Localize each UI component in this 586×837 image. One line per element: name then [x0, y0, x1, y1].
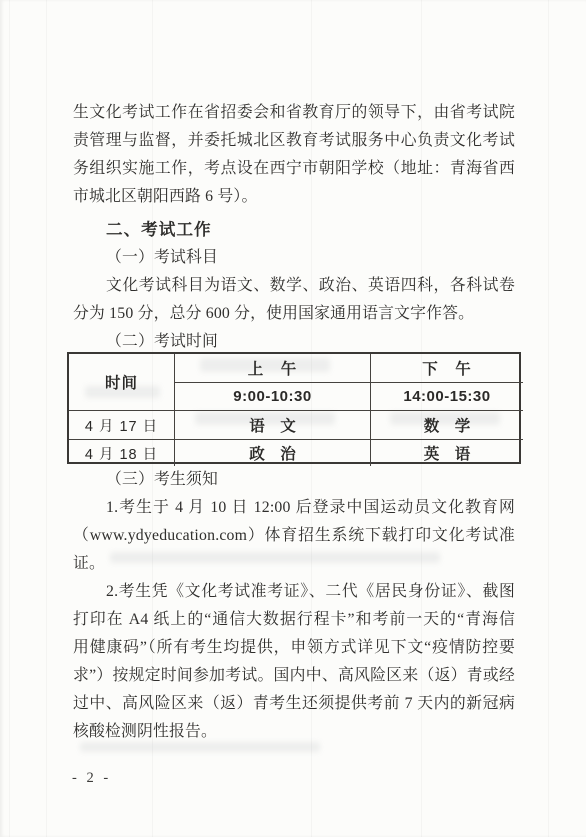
table-header-pm: 下 午 [370, 354, 523, 382]
scan-streak [9, 0, 10, 837]
body-line: 过中、高风险区来（返）青考生还须提供考前 7 天内的新冠病毒 [73, 690, 515, 718]
exam-schedule-table: 时间 上 午 下 午 9:00-10:30 14:00-15:30 4 月 17… [67, 352, 521, 464]
body-line: 务组织实施工作，考点设在西宁市朝阳学校（地址：青海省西宁 [73, 155, 515, 183]
table-cell-subject: 数 学 [370, 410, 523, 439]
body-line: 用健康码”（所有考生均提供，申领方式详见下文“疫情防控要 [73, 634, 515, 662]
document-body: 生文化考试工作在省招委会和省教育厅的领导下，由省考试院负 责管理与监督，并委托城… [73, 99, 515, 746]
table-cell-pm-time: 14:00-15:30 [370, 382, 523, 410]
body-line: 打印在 A4 纸上的“通信大数据行程卡”和考前一天的“青海信 [73, 606, 515, 634]
table-cell-subject: 语 文 [174, 410, 370, 439]
body-line: 证。 [73, 550, 515, 578]
scan-streak [46, 0, 47, 837]
table-cell-subject: 英 语 [370, 439, 523, 466]
body-line: 2.考生凭《文化考试准考证》、二代《居民身份证》、截图 [73, 578, 515, 606]
table-cell-date: 4 月 18 日 [69, 439, 174, 466]
body-line: 核酸检测阴性报告。 [73, 718, 515, 746]
table-header-am: 上 午 [174, 354, 370, 382]
table-cell-date: 4 月 17 日 [69, 410, 174, 439]
subsection-heading-candidate-notes: （三）考生须知 [73, 466, 515, 494]
page-number: - 2 - [72, 770, 111, 787]
body-line: 市城北区朝阳西路 6 号）。 [73, 183, 515, 211]
body-line: 文化考试科目为语文、数学、政治、英语四科，各科试卷满 [73, 272, 515, 300]
table-header-time: 时间 [69, 354, 174, 410]
table-cell-subject: 政 治 [174, 439, 370, 466]
scanned-document-page: 生文化考试工作在省招委会和省教育厅的领导下，由省考试院负 责管理与监督，并委托城… [0, 0, 586, 837]
body-line: 求”）按规定时间参加考试。国内中、高风险区来（返）青或经 [73, 662, 515, 690]
body-line: 分为 150 分，总分 600 分，使用国家通用语言文字作答。 [73, 300, 515, 328]
subsection-heading-exam-subjects: （一）考试科目 [73, 244, 515, 272]
table-cell-am-time: 9:00-10:30 [174, 382, 370, 410]
body-line: 生文化考试工作在省招委会和省教育厅的领导下，由省考试院负 [73, 99, 515, 127]
body-line: 1.考生于 4 月 10 日 12:00 后登录中国运动员文化教育网 [73, 494, 515, 522]
section-heading: 二、考试工作 [73, 216, 515, 244]
body-line: （www.ydyeducation.com）体育招生系统下载打印文化考试准考 [73, 522, 515, 550]
body-line: 责管理与监督，并委托城北区教育考试服务中心负责文化考试考 [73, 127, 515, 155]
scan-streak [548, 0, 549, 837]
